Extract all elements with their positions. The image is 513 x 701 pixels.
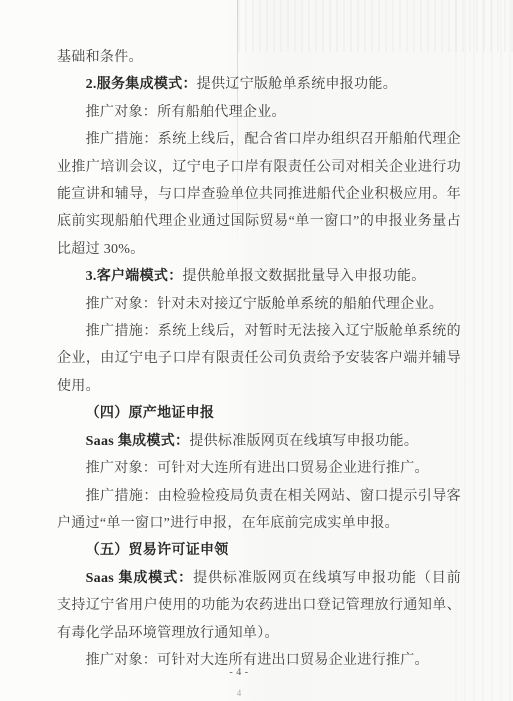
page-number: - 4 - [0, 668, 478, 678]
paragraph: 推广对象：可针对大连所有进出口贸易企业进行推广。 [57, 455, 461, 482]
text-run: 推广措施：由检验检疫局负责在相关网站、窗口提示引导客户通过“单一窗口”进行申报，… [57, 489, 461, 531]
text-run: 推广措施：系统上线后，对暂时无法接入辽宁版舱单系统的企业，由辽宁电子口岸有限责任… [57, 324, 461, 394]
paragraph: （四）原产地证申报 [57, 400, 461, 427]
bold-run: 2.服务集成模式： [86, 77, 197, 92]
text-run: 提供辽宁版舱单系统申报功能。 [197, 77, 397, 92]
paragraph: Saas 集成模式：提供标准版网页在线填写申报功能。 [57, 428, 461, 455]
bold-run: （五）贸易许可证申领 [86, 543, 229, 558]
scanned-page: 基础和条件。2.服务集成模式：提供辽宁版舱单系统申报功能。推广对象：所有船舶代理… [0, 0, 513, 701]
bold-run: Saas 集成模式： [86, 571, 193, 586]
paragraph: 基础和条件。 [57, 44, 461, 71]
paragraph: 推广措施：系统上线后，配合省口岸办组织召开船舶代理企业推广培训会议，辽宁电子口岸… [57, 126, 461, 263]
text-run: 推广对象：可针对大连所有进出口贸易企业进行推广。 [86, 461, 429, 476]
paragraph: 推广对象：针对未对接辽宁版舱单系统的船舶代理企业。 [57, 291, 461, 318]
paragraph: （五）贸易许可证申领 [57, 537, 461, 564]
text-run: 推广对象：针对未对接辽宁版舱单系统的船舶代理企业。 [86, 297, 444, 312]
text-run: 推广对象：可针对大连所有进出口贸易企业进行推广。 [86, 653, 429, 668]
paragraph: 3.客户端模式：提供舱单报文数据批量导入申报功能。 [57, 263, 461, 290]
paragraph: Saas 集成模式：提供标准版网页在线填写申报功能（目前支持辽宁省用户使用的功能… [57, 565, 461, 647]
document-body: 基础和条件。2.服务集成模式：提供辽宁版舱单系统申报功能。推广对象：所有船舶代理… [57, 44, 461, 674]
paragraph: 推广措施：系统上线后，对暂时无法接入辽宁版舱单系统的企业，由辽宁电子口岸有限责任… [57, 318, 461, 400]
text-run: 提供标准版网页在线填写申报功能。 [189, 434, 418, 449]
page-number-ghost: 4 [0, 688, 478, 698]
bold-run: 3.客户端模式： [86, 269, 183, 284]
paragraph: 推广措施：由检验检疫局负责在相关网站、窗口提示引导客户通过“单一窗口”进行申报，… [57, 483, 461, 538]
text-run: 推广对象：所有船舶代理企业。 [86, 105, 286, 120]
text-run: 提供舱单报文数据批量导入申报功能。 [183, 269, 426, 284]
paragraph: 推广对象：所有船舶代理企业。 [57, 99, 461, 126]
scan-shade-right-edge [455, 0, 513, 701]
bold-run: Saas 集成模式： [86, 434, 190, 449]
text-run: 基础和条件。 [57, 50, 143, 65]
text-run: 推广措施：系统上线后，配合省口岸办组织召开船舶代理企业推广培训会议，辽宁电子口岸… [57, 132, 461, 257]
bold-run: （四）原产地证申报 [86, 406, 215, 421]
paragraph: 2.服务集成模式：提供辽宁版舱单系统申报功能。 [57, 71, 461, 98]
